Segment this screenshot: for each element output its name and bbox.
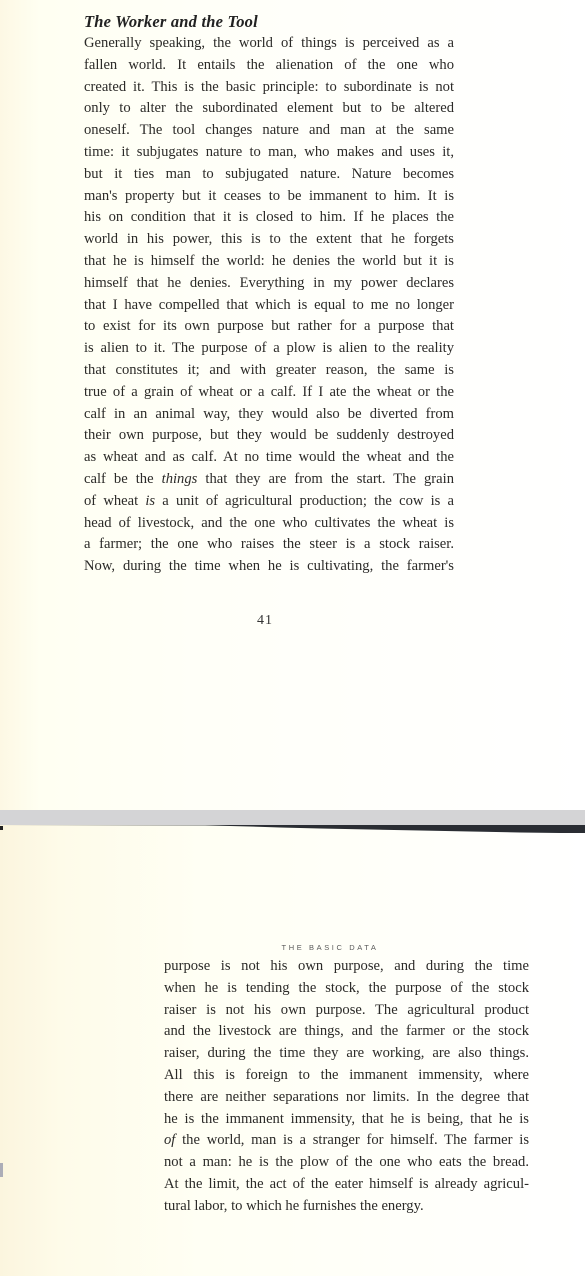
text-line: All this is foreign to the immanent imme… <box>164 1065 529 1087</box>
text-line: purpose is not his own purpose, and duri… <box>164 956 529 978</box>
text-run: a unit of agricultural production; the c… <box>155 493 454 509</box>
text-line: Now, during the time when he is cultivat… <box>84 556 454 578</box>
text-line: created it. This is the basic principle:… <box>84 77 454 99</box>
text-line: raiser, during the time they are working… <box>164 1043 529 1065</box>
page-number: 41 <box>250 613 280 629</box>
text-line: a farmer; the one who raises the steer i… <box>84 534 454 556</box>
text-line: head of livestock, and the one who culti… <box>84 513 454 535</box>
text-line: true of a grain of wheat or a calf. If I… <box>84 382 454 404</box>
text-line: that I have compelled that which is equa… <box>84 295 454 317</box>
text-line-with-emphasis: of wheat is a unit of agricultural produ… <box>84 491 454 513</box>
emphasis-things: things <box>162 471 198 487</box>
running-head: THE BASIC DATA <box>200 943 460 952</box>
text-line: calf in an animal way, they would also b… <box>84 404 454 426</box>
text-line: when he is tending the stock, the purpos… <box>164 978 529 1000</box>
text-run: the world, man is a stranger for himself… <box>175 1132 529 1148</box>
scan-artifact-mark <box>0 826 3 830</box>
text-line: he is the immanent immensity, that he is… <box>164 1109 529 1131</box>
page-separator <box>0 810 585 825</box>
text-line: and the livestock are things, and the fa… <box>164 1021 529 1043</box>
page-42-text: purpose is not his own purpose, and duri… <box>164 956 529 1218</box>
text-line-with-emphasis: calf be the things that they are from th… <box>84 469 454 491</box>
text-line: Generally speaking, the world of things … <box>84 33 454 55</box>
text-line: man's property but it ceases to be imman… <box>84 186 454 208</box>
text-line: is alien to it. The purpose of a plow is… <box>84 338 454 360</box>
page-edge-shadow <box>0 825 585 835</box>
text-line: their own purpose, but they would be sud… <box>84 425 454 447</box>
text-run: that they are from the start. The grain <box>197 471 454 487</box>
text-line: time: it subjugates nature to man, who m… <box>84 142 454 164</box>
text-line: not a man: he is the plow of the one who… <box>164 1152 529 1174</box>
section-title: The Worker and the Tool <box>84 11 454 33</box>
text-line: that constitutes it; and with greater re… <box>84 360 454 382</box>
text-run: of wheat <box>84 493 145 509</box>
text-line: to exist for its own purpose but rather … <box>84 316 454 338</box>
text-line: as wheat and as calf. At no time would t… <box>84 447 454 469</box>
text-line: At the limit, the act of the eater himse… <box>164 1174 529 1196</box>
text-line: his on condition that it is closed to hi… <box>84 207 454 229</box>
text-line: tural labor, to which he furnishes the e… <box>164 1196 529 1218</box>
text-line: oneself. The tool changes nature and man… <box>84 120 454 142</box>
text-line: world in his power, this is to the exten… <box>84 229 454 251</box>
text-line-with-emphasis: of the world, man is a stranger for hims… <box>164 1130 529 1152</box>
scan-margin-mark <box>0 1163 3 1177</box>
text-line: fallen world. It entails the alienation … <box>84 55 454 77</box>
text-line: that he is himself the world: he denies … <box>84 251 454 273</box>
text-run: calf be the <box>84 471 162 487</box>
text-line: there are neither separations nor limits… <box>164 1087 529 1109</box>
text-line: raiser is not his own purpose. The agric… <box>164 1000 529 1022</box>
text-line: only to alter the subordinated element b… <box>84 98 454 120</box>
text-line: himself that he denies. Everything in my… <box>84 273 454 295</box>
page-41-text: The Worker and the Tool Generally speaki… <box>84 11 454 578</box>
emphasis-of: of <box>164 1132 175 1148</box>
text-line: but it ties man to subjugated nature. Na… <box>84 164 454 186</box>
emphasis-is: is <box>145 493 155 509</box>
